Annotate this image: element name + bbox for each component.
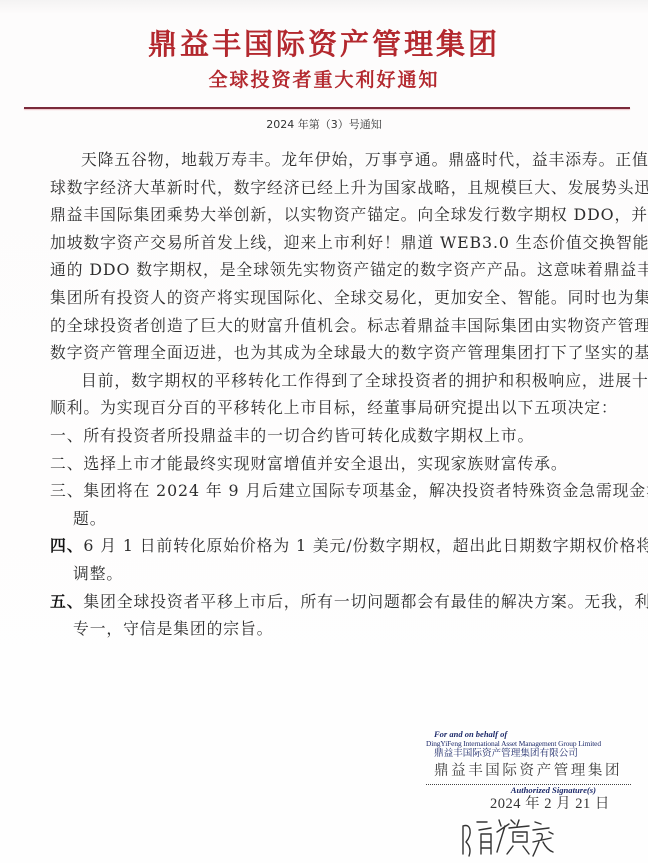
paragraph-line: 顺利。为实现百分百的平移转化上市目标，经董事局研究提出以下五项决定： [50, 394, 610, 422]
decision-item-3: 三、集团将在 2024 年 9 月后建立国际专项基金，解决投资者特殊资金急需现金… [50, 477, 610, 532]
paragraph-line: 鼎益丰国际集团乘势大举创新，以实物资产锚定。向全球发行数字期权 DDO，并在新 [50, 201, 610, 229]
decision-number: 一、 [50, 426, 83, 445]
decision-text: 所有投资者所投鼎益丰的一切合约皆可转化成数字期权上市。 [83, 426, 534, 445]
decision-text: 6 月 1 日前转化原始价格为 1 美元/份数字期权，超出此日期数字期权价格将向… [83, 536, 648, 555]
decision-item-4: 四、6 月 1 日前转化原始价格为 1 美元/份数字期权，超出此日期数字期权价格… [50, 532, 610, 587]
decision-text: 集团将在 2024 年 9 月后建立国际专项基金，解决投资者特殊资金急需现金流的… [83, 481, 648, 500]
company-title: 鼎益丰国际资产管理集团 [0, 26, 648, 62]
paragraph-line: 集团所有投资人的资产将实现国际化、全球交易化，更加安全、智能。同时也为集团 [50, 284, 610, 312]
decision-number: 五、 [50, 592, 83, 611]
seal-company-en: DingYiFeng International Asset Managemen… [426, 739, 636, 748]
decision-text-continued: 题。 [50, 505, 610, 533]
decision-number: 三、 [50, 481, 83, 500]
document-page: 鼎益丰国际资产管理集团 全球投资者重大利好通知 2024 年第（3）号通知 天降… [0, 0, 648, 863]
decision-text-continued: 调整。 [50, 560, 610, 588]
header-divider [24, 107, 630, 109]
decision-item-1: 一、所有投资者所投鼎益丰的一切合约皆可转化成数字期权上市。 [50, 422, 610, 450]
paragraph-line: 数字资产管理全面迈进，也为其成为全球最大的数字资产管理集团打下了坚实的基础。 [50, 339, 610, 367]
decision-text: 集团全球投资者平移上市后，所有一切问题都会有最佳的解决方案。无我，利他， [83, 592, 648, 611]
decision-item-5: 五、集团全球投资者平移上市后，所有一切问题都会有最佳的解决方案。无我，利他， 专… [50, 588, 610, 643]
issue-date: 2024 年 2 月 21 日 [490, 795, 610, 813]
decision-text: 选择上市才能最终实现财富增值并安全退出，实现家族财富传承。 [83, 454, 567, 473]
paragraph-line: 天降五谷物，地载万寿丰。龙年伊始，万事亨通。鼎盛时代，益丰添寿。正值全 [50, 146, 610, 174]
notice-subtitle: 全球投资者重大利好通知 [0, 68, 648, 92]
paragraph-line: 加坡数字资产交易所首发上线，迎来上市利好！鼎道 WEB3.0 生态价值交换智能公… [50, 229, 610, 257]
decision-number: 四、 [50, 536, 83, 555]
company-seal-block: For and on behalf of DingYiFeng Internat… [426, 729, 636, 796]
paragraph-line: 的全球投资者创造了巨大的财富升值机会。标志着鼎益丰国际集团由实物资产管理向 [50, 312, 610, 340]
paragraph-line: 球数字经济大革新时代，数字经济已经上升为国家战略，且规模巨大、发展势头迅速。 [50, 174, 610, 202]
decision-text-continued: 专一，守信是集团的宗旨。 [50, 615, 610, 643]
seal-for-behalf: For and on behalf of [426, 729, 636, 739]
seal-company-cn: 鼎益丰国际资产管理集团 [426, 760, 636, 782]
notice-number: 2024 年第（3）号通知 [0, 118, 648, 132]
paragraph-line: 通的 DDO 数字期权，是全球领先实物资产锚定的数字资产产品。这意味着鼎益丰国际 [50, 256, 610, 284]
paragraph-line: 目前，数字期权的平移转化工作得到了全球投资者的拥护和积极响应，进展十分 [50, 367, 610, 395]
notice-body: 天降五谷物，地载万寿丰。龙年伊始，万事亨通。鼎盛时代，益丰添寿。正值全 球数字经… [50, 146, 610, 643]
seal-company-cn-limited: 鼎益丰国际资产管理集团有限公司 [426, 748, 636, 760]
decision-item-2: 二、选择上市才能最终实现财富增值并安全退出，实现家族财富传承。 [50, 450, 610, 478]
handwritten-signature-icon [457, 812, 557, 860]
decision-number: 二、 [50, 454, 83, 473]
